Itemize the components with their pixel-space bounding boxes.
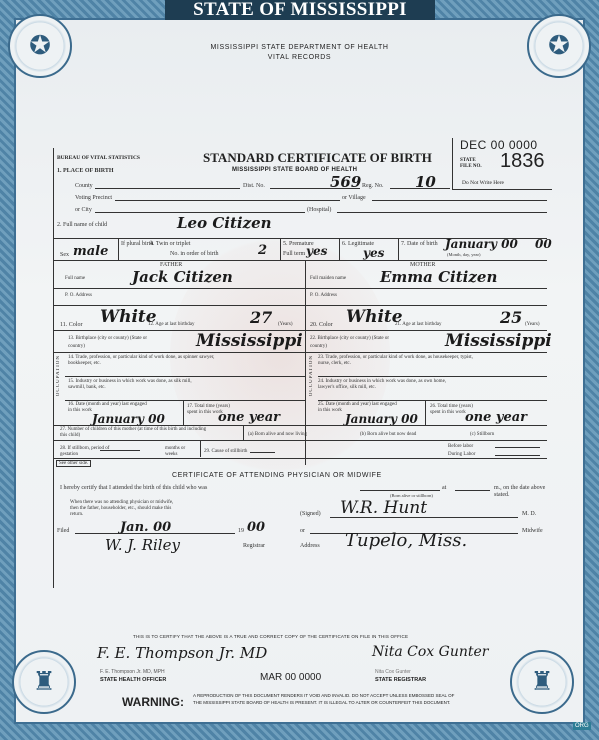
village-label: or Village <box>342 195 366 201</box>
district-label: Dist. No. <box>243 183 265 189</box>
father-name: Jack Citizen <box>132 268 233 286</box>
state-banner: STATE OF MISSISSIPPI <box>165 0 435 20</box>
mother-birthplace: Mississippi <box>445 331 552 351</box>
time-line <box>455 490 490 491</box>
father-date: January 00 <box>92 412 165 426</box>
fullterm-label: Full term <box>283 251 305 257</box>
mother-industry-label: 24. Industry or business in which work w… <box>318 379 448 391</box>
cell-divider <box>280 238 281 260</box>
warning-label: WARNING: <box>122 695 184 709</box>
mother-years-label: (Years) <box>525 322 540 327</box>
at-label: at <box>442 485 446 491</box>
row-divider <box>318 376 547 377</box>
physician-address: Tupelo, Miss. <box>345 530 467 551</box>
cell-divider <box>183 400 184 425</box>
children-dead-label: (b) Born alive but now dead <box>360 432 416 437</box>
sex-label: Sex <box>60 252 69 258</box>
during-labor-line <box>495 455 540 456</box>
sex-value: male <box>73 244 108 259</box>
row-divider <box>318 400 547 401</box>
dob-label: 7. Date of birth <box>401 241 438 247</box>
mother-age-label: 21. Age at last birthday <box>395 322 442 327</box>
row-divider <box>53 440 547 441</box>
gestation-label: 28. If stillborn, period of gestation <box>60 446 120 458</box>
health-officer-signature: F. E. Thompson Jr. MD <box>97 644 267 662</box>
occupation-side-label: OCCUPATION <box>309 355 314 396</box>
filed-year: 00 <box>247 520 265 535</box>
mother-address-label: P. O. Address <box>310 293 337 298</box>
see-other-side: See other side. <box>56 460 91 467</box>
dob-value: January 00 <box>445 237 518 251</box>
father-total: one year <box>218 410 280 425</box>
row-divider <box>53 288 305 289</box>
dob-hint: (Month, day, year) <box>447 252 480 257</box>
alive-stillborn-line <box>360 490 440 491</box>
voting-line <box>115 200 340 201</box>
fullterm-value: yes <box>306 244 327 258</box>
issued-date: MAR 00 0000 <box>260 672 321 683</box>
registrar-label: Registrar <box>243 543 265 549</box>
md-label: M. D. <box>522 511 536 517</box>
division-name: VITAL RECORDS <box>0 54 599 61</box>
physician-signature: W.R. Hunt <box>340 498 427 518</box>
true-copy-statement: THIS IS TO CERTIFY THAT THE ABOVE IS A T… <box>133 634 408 639</box>
before-labor-line <box>495 447 540 448</box>
org-badge: ORG <box>573 722 591 730</box>
gestation-line <box>100 450 140 451</box>
cause-line <box>250 452 275 453</box>
signature-line <box>330 517 518 518</box>
cell-divider <box>398 238 399 260</box>
department-name: MISSISSIPPI STATE DEPARTMENT OF HEALTH <box>0 44 599 51</box>
cell-divider <box>243 425 244 440</box>
village-line <box>372 200 547 201</box>
reg-number: 10 <box>415 173 436 191</box>
row-divider <box>305 288 547 289</box>
mother-age: 25 <box>500 308 522 327</box>
city-line <box>95 212 305 213</box>
plural-label: If plural birth <box>121 241 153 247</box>
warning-text: A REPRODUCTION OF THIS DOCUMENT RENDERS … <box>193 692 463 706</box>
no-physician-note: When there was no attending physician or… <box>70 500 180 518</box>
physician-certify-text: I hereby certify that I attended the bir… <box>60 485 207 491</box>
father-years-label: (Years) <box>278 322 293 327</box>
mother-total: one year <box>465 410 527 425</box>
health-officer-name: F. E. Thompson Jr. MD, MPH <box>100 669 165 675</box>
board-of-health-seal-icon: ♜ <box>12 650 76 714</box>
signed-label: (Signed) <box>300 511 321 517</box>
legitimate-value: yes <box>363 246 384 260</box>
bureau-label: BUREAU OF VITAL STATISTICS <box>57 155 140 161</box>
date-stated-label: m., on the date above stated. <box>494 485 549 499</box>
children-stillborn-label: (c) Stillborn <box>470 432 494 437</box>
father-address-label: P. O. Address <box>65 293 92 298</box>
row-divider <box>65 376 305 377</box>
father-name-label: Full name <box>65 276 85 281</box>
do-not-write: Do Not Write Here <box>462 180 504 186</box>
county-field <box>95 188 240 189</box>
father-industry-label: 15. Industry or business in which work w… <box>68 379 198 391</box>
row-divider <box>53 260 547 261</box>
occupation-side-label: OCCUPATION <box>56 355 61 396</box>
cell-divider <box>118 238 119 260</box>
county-label: County <box>75 183 93 189</box>
local-registrar-signature: W. J. Riley <box>105 536 180 554</box>
before-labor-label: Before labor <box>448 444 473 449</box>
district-number: 569 <box>330 173 361 191</box>
row-divider <box>53 425 547 426</box>
birth-order-value: 2 <box>258 243 267 258</box>
father-birthplace: Mississippi <box>196 331 303 351</box>
reg-label: Reg. No. <box>362 183 384 189</box>
state-file-label: STATE FILE NO. <box>460 158 482 170</box>
father-age-label: 12. Age at last birthday <box>148 322 195 327</box>
or-label: or <box>300 528 305 534</box>
filed-label: Filed <box>57 528 69 534</box>
children-alive-label: (a) Born alive and now living <box>248 432 307 437</box>
form-title: STANDARD CERTIFICATE OF BIRTH <box>203 150 432 166</box>
children-label: 27. Number of children of this mother (a… <box>60 427 210 439</box>
mother-color-label: 20. Color <box>310 322 333 328</box>
mother-birthplace-label: 22. Birthplace (city or county) (State o… <box>310 335 395 351</box>
cell-divider <box>200 440 201 457</box>
mother-name-label: Full maiden name <box>310 276 346 281</box>
board-of-health-seal-icon: ♜ <box>510 650 574 714</box>
during-labor-label: During Labor <box>448 452 475 457</box>
cell-divider <box>425 400 426 425</box>
cause-label: 29. Cause of stillbirth <box>204 449 247 454</box>
hospital-line <box>337 212 547 213</box>
place-of-birth-label: 1. PLACE OF BIRTH <box>57 168 114 174</box>
voting-label: Voting Precinct <box>75 195 112 201</box>
father-color-label: 11. Color <box>60 322 82 328</box>
mother-name: Emma Citizen <box>380 268 497 286</box>
health-officer-title: STATE HEALTH OFFICER <box>100 677 166 683</box>
state-registrar-name: Nita Cox Gunter <box>375 669 411 675</box>
row-divider <box>65 400 305 401</box>
filed-date: Jan. 00 <box>120 520 171 535</box>
father-age: 27 <box>250 308 272 327</box>
mother-trade-label: 23. Trade, profession, or particular kin… <box>318 355 478 367</box>
mother-date: January 00 <box>345 412 418 426</box>
city-label: or City <box>75 207 92 213</box>
dob-year: 00 <box>535 237 552 251</box>
child-name: Leo Citizen <box>177 214 272 232</box>
form-border <box>53 148 54 588</box>
address-label: Address <box>300 543 320 549</box>
twin-label: 4. Twin or triplet <box>150 241 190 247</box>
hospital-label: (Hospital) <box>307 207 331 213</box>
state-registrar-signature: Nita Cox Gunter <box>372 644 488 660</box>
state-file-number: 1836 <box>500 150 545 173</box>
physician-heading: CERTIFICATE OF ATTENDING PHYSICIAN OR MI… <box>172 472 382 479</box>
row-divider <box>53 458 547 459</box>
father-trade-label: 14. Trade, profession, or particular kin… <box>68 355 228 367</box>
filed-year-prefix: 19 <box>238 528 244 534</box>
row-divider <box>53 305 547 306</box>
state-registrar-title: STATE REGISTRAR <box>375 677 426 683</box>
order-label: No. in order of birth <box>170 251 219 257</box>
father-birthplace-label: 13. Birthplace (city or county) (State o… <box>68 335 148 351</box>
row-divider <box>53 352 547 353</box>
months-label: months or weeks <box>165 446 195 458</box>
cell-divider <box>339 238 340 260</box>
child-name-label: 2. Full name of child <box>57 222 107 228</box>
midwife-label: Midwife <box>522 528 543 534</box>
